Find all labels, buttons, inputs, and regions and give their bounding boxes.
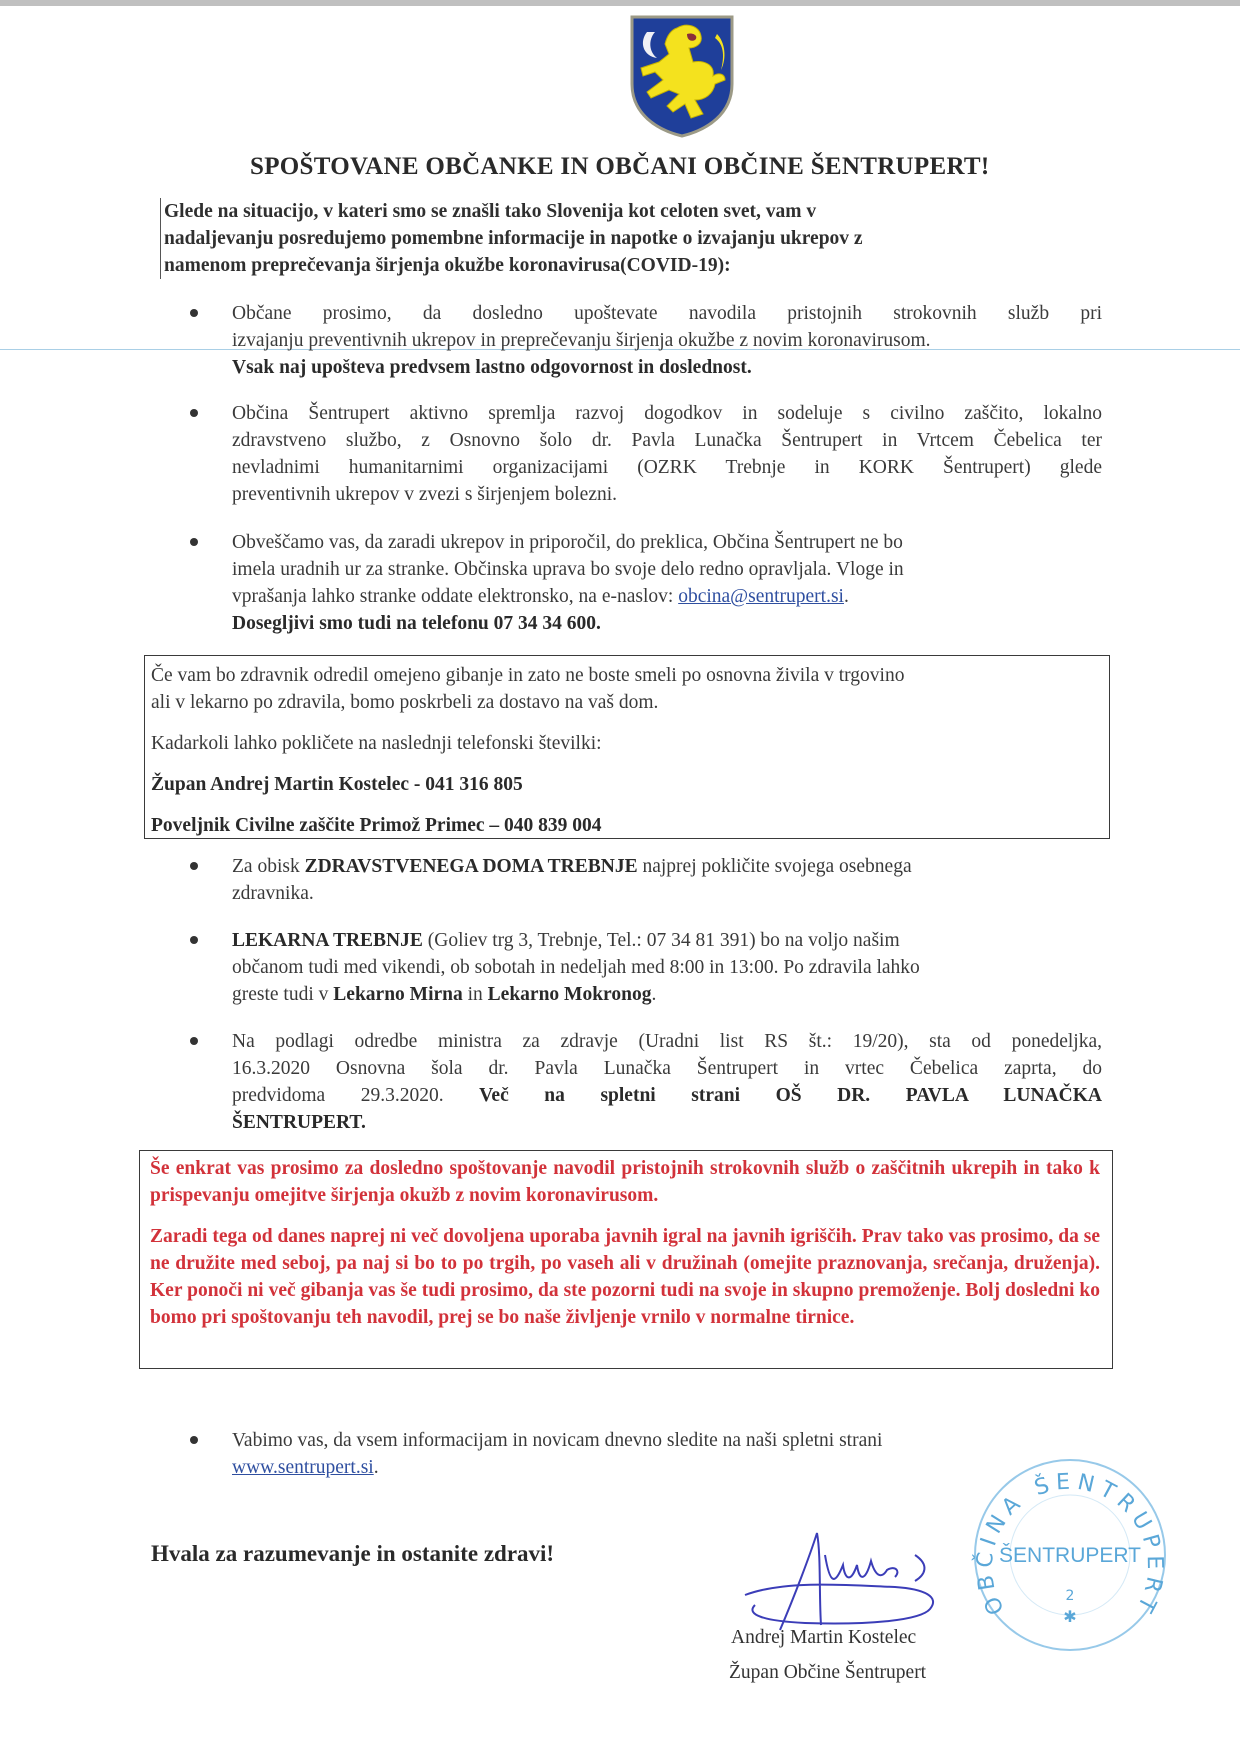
closing-thanks: Hvala za razumevanje in ostanite zdravi! bbox=[151, 1541, 554, 1567]
bullet-icon bbox=[190, 936, 198, 944]
intro-paragraph: Glede na situacijo, v kateri smo se znaš… bbox=[160, 198, 1064, 279]
bullet-icon bbox=[190, 862, 198, 870]
intro-line: Glede na situacijo, v kateri smo se znaš… bbox=[164, 198, 1064, 225]
scan-top-edge bbox=[0, 0, 1240, 6]
contact-civil-protection: Poveljnik Civilne zaščite Primož Primec … bbox=[151, 812, 1099, 839]
bullet-icon bbox=[190, 1037, 198, 1045]
list-item: Obveščamo vas, da zaradi ukrepov in prip… bbox=[192, 529, 1102, 637]
list-item: LEKARNA TREBNJE (Goliev trg 3, Trebnje, … bbox=[192, 927, 1102, 1008]
svg-text:✱: ✱ bbox=[1063, 1607, 1076, 1626]
svg-text:2: 2 bbox=[1066, 1588, 1075, 1604]
svg-text:ŠENTRUPERT: ŠENTRUPERT bbox=[999, 1544, 1141, 1567]
warning-paragraph: Še enkrat vas prosimo za dosledno spošto… bbox=[150, 1155, 1100, 1209]
signature-icon bbox=[725, 1525, 955, 1635]
contact-box: Če vam bo zdravnik odredil omejeno giban… bbox=[144, 655, 1110, 839]
coat-of-arms-icon bbox=[629, 14, 735, 138]
contact-mayor: Župan Andrej Martin Kostelec - 041 316 8… bbox=[151, 771, 1099, 798]
intro-line: nadaljevanju posredujemo pomembne inform… bbox=[164, 225, 1064, 252]
bullet-icon bbox=[190, 1436, 198, 1444]
signer-name: Andrej Martin Kostelec bbox=[731, 1627, 916, 1649]
intro-line: namenom preprečevanja širjenja okužbe ko… bbox=[164, 252, 1064, 279]
bullet-icon bbox=[190, 409, 198, 417]
website-link[interactable]: www.sentrupert.si bbox=[232, 1457, 374, 1478]
page-title: SPOŠTOVANE OBČANKE IN OBČANI OBČINE ŠENT… bbox=[250, 153, 1130, 181]
list-item: Za obisk ZDRAVSTVENEGA DOMA TREBNJE najp… bbox=[192, 853, 1102, 907]
list-item: Na podlagi odredbe ministra za zdravje (… bbox=[192, 1028, 1102, 1136]
list-item: Občane prosimo, da dosledno upoštevate n… bbox=[192, 300, 1102, 381]
bullet-icon bbox=[190, 309, 198, 317]
signer-role: Župan Občine Šentrupert bbox=[729, 1662, 926, 1684]
email-link[interactable]: obcina@sentrupert.si bbox=[678, 586, 844, 607]
bullet-icon bbox=[190, 538, 198, 546]
list-item: Občina Šentrupert aktivno spremlja razvo… bbox=[192, 400, 1102, 508]
warning-paragraph: Zaradi tega od danes naprej ni več dovol… bbox=[150, 1223, 1100, 1331]
official-stamp-icon: OBČINA ŠENTRUPERT ŠENTRUPERT 2 ✱ bbox=[965, 1450, 1175, 1660]
warning-box: Še enkrat vas prosimo za dosledno spošto… bbox=[139, 1150, 1113, 1369]
